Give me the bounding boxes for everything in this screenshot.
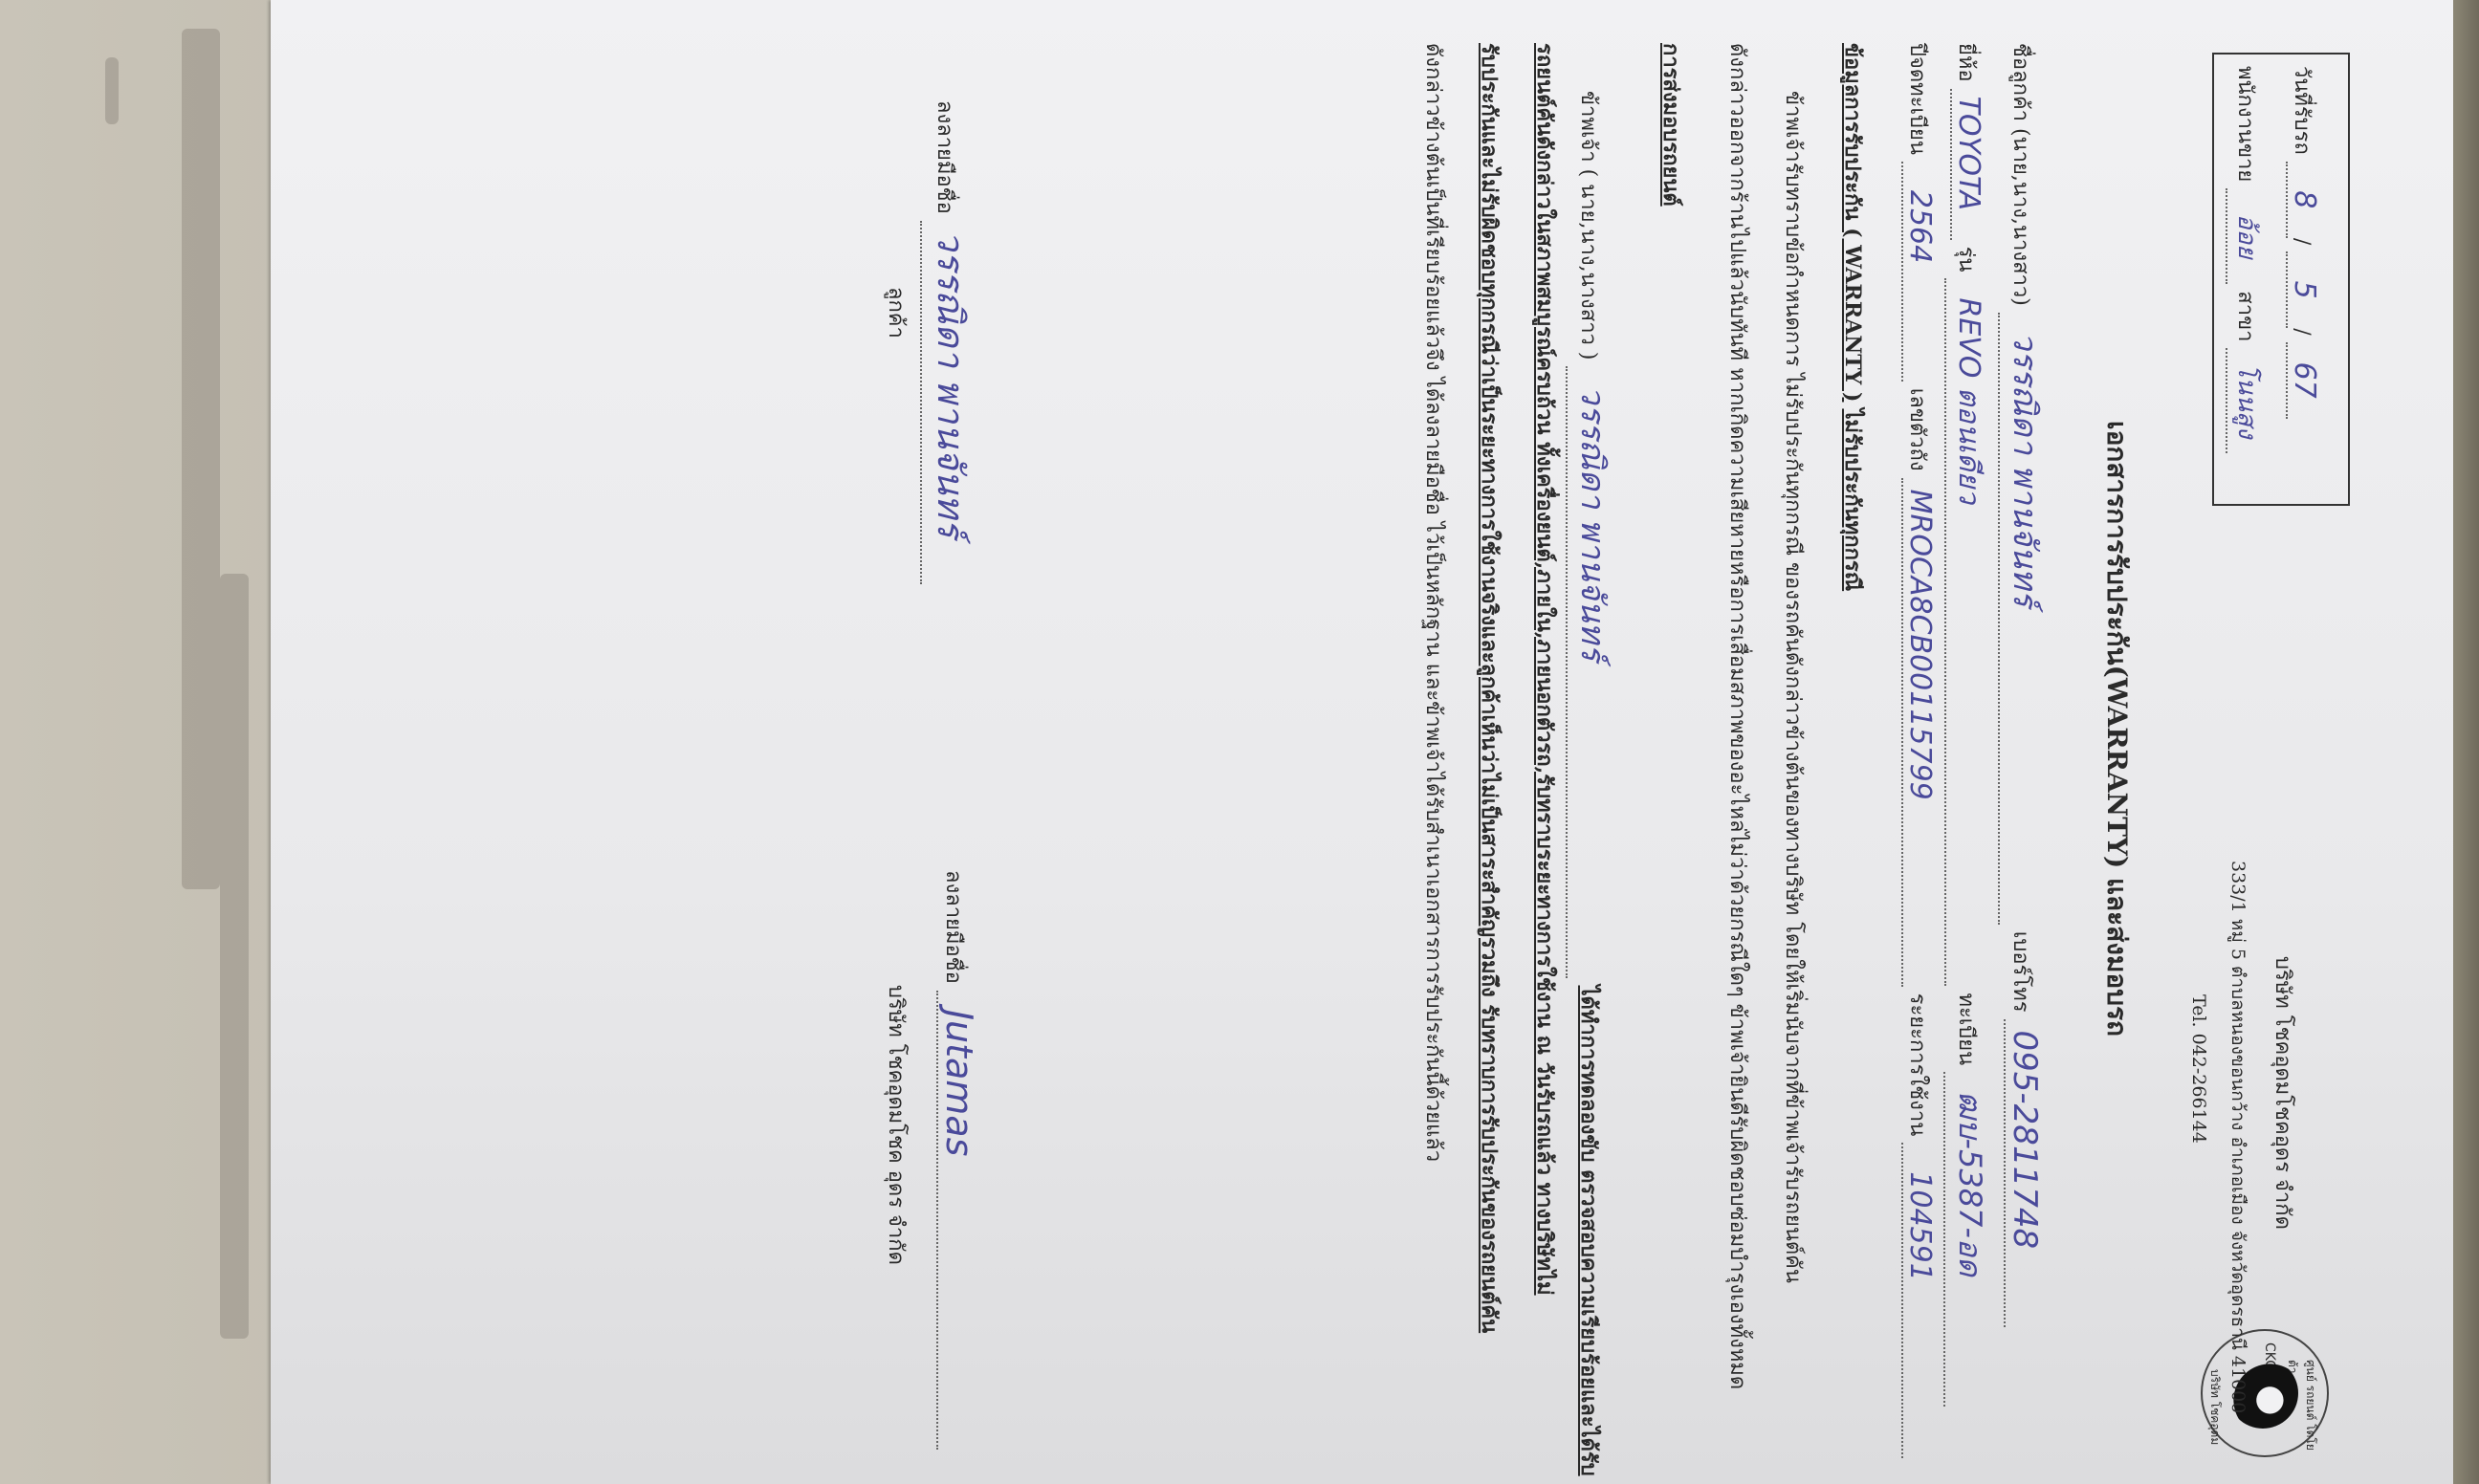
phone-label: เบอร์โทร: [2008, 931, 2032, 1013]
model-value: REVO ตอนเดียว: [1944, 278, 1991, 986]
warranty-document-paper: ศูนย์ รถยนต์ โตโยต้า CKC บริษัท โชคอุดม …: [271, 0, 2453, 1484]
company-signature-label: ลงลายมือชื่อ: [941, 870, 965, 984]
model-label: รุ่น: [1954, 247, 1978, 273]
wood-grain: [182, 29, 220, 889]
plate-value: ฒบ-5387-อด: [1943, 1072, 1994, 1407]
branch-value: โนนสูง: [2226, 348, 2267, 453]
customer-signature: วรรณิดา พานจันทร์: [920, 221, 980, 584]
plate-label: ทะเบียน: [1954, 993, 1978, 1065]
registration-year-value: 2564: [1901, 162, 1937, 382]
salesperson-label: พนักงานขาย: [2233, 66, 2257, 182]
document-sheet: ศูนย์ รถยนต์ โตโยต้า CKC บริษัท โชคอุดม …: [271, 0, 2453, 1484]
customer-name-value: วรรณิดา พานจันทร์: [1998, 313, 2051, 925]
receipt-date-month: 5: [2286, 251, 2321, 328]
customer-signature-label: ลงลายมือชื่อ: [932, 100, 956, 214]
company-name: บริษัท โชคอุดมโชคอุดร จำกัด: [2267, 956, 2300, 1230]
receipt-info-box: วันที่รับรถ 8/ 5/ 67 พนักงานขาย อ้อย สาข…: [2212, 53, 2350, 506]
receipt-date-label: วันที่รับรถ: [2290, 66, 2314, 155]
receipt-date-year: 67: [2286, 342, 2321, 419]
logo-ring-text-bottom: บริษัท โชคอุดม: [2205, 1369, 2224, 1445]
warranty-heading: ข้อมูลการรับประกัน ( WARRANTY ): [1840, 43, 1865, 402]
brand-label: ยี่ห้อ: [1954, 43, 1978, 82]
company-tel: Tel. 042-266144: [2188, 994, 2209, 1144]
wood-grain: [220, 574, 249, 1339]
delivery-heading: การส่งมอบรถยนต์: [1655, 43, 1688, 207]
delivery-line1-tail: ได้ทำการทดลองขับ ตรวจสอบความเรียบร้อยและ…: [1576, 985, 1601, 1475]
chassis-value: MROCA8CB00115799: [1901, 478, 1937, 987]
mileage-label: ระยะการใช้งาน: [1905, 993, 1929, 1137]
company-signature: Jutamas: [936, 991, 980, 1450]
customer-name-label: ชื่อลูกค้า (นาย,นาง,นางสาว): [2008, 43, 2032, 306]
company-signature-caption: บริษัท โชคอุดมโชค อุดร จำกัด: [880, 985, 913, 1265]
customer-signature-caption: ลูกค้า: [880, 287, 913, 338]
wood-grain: [105, 57, 119, 124]
delivery-me-label: ข้าพเจ้า ( นาย,นาง,นางสาว ): [1576, 91, 1600, 360]
warranty-paragraph-line2: ดังกล่าวออกจากร้านไปแล้วนับทันที หากเกิด…: [1722, 43, 1755, 1389]
registration-year-label: ปีจดทะเบียน: [1905, 43, 1929, 155]
branch-label: สาขา: [2233, 291, 2257, 341]
warranty-heading-note: ไม่รับประกันทุกกรณี: [1840, 408, 1865, 591]
company-address: 333/1 หมู่ 5 ตำบลหนองขอนกว้าง อำเภอเมือง…: [2224, 861, 2252, 1413]
delivery-line2: รถยนต์คันดังกล่าวในสภาพสมบูรณ์ครบถ้วน ทั…: [1528, 43, 1562, 1296]
wood-surface-edge: [2450, 0, 2479, 1484]
delivery-line4: ดังกล่าวข้างต้นเป็นที่เรียบร้อยแล้วจึง ไ…: [1417, 43, 1451, 1162]
delivery-line3: รับประกันและไม่รับผิดชอบทุกกรณีว่าเป็นระ…: [1473, 43, 1506, 1333]
mileage-value: 104591: [1901, 1143, 1937, 1458]
warranty-paragraph-line1: ข้าพเจ้ารับทราบข้อกำหนดการ ไม่รับประกันท…: [1777, 91, 1810, 1283]
brand-value: TOYOTA: [1950, 89, 1985, 240]
salesperson-value: อ้อย: [2226, 188, 2267, 284]
chassis-label: เลขตัวถัง: [1905, 388, 1929, 471]
delivery-me-value: วรรณิดา พานจันทร์: [1566, 366, 1619, 978]
document-title: เอกสารการรับประกัน(WARRANTY) และส่งมอบรถ: [2095, 421, 2138, 1037]
receipt-date-day: 8: [2286, 162, 2321, 238]
phone-value: 095-2811748: [2004, 1019, 2044, 1327]
company-logo: ศูนย์ รถยนต์ โตโยต้า CKC บริษัท โชคอุดม: [2201, 1329, 2329, 1457]
